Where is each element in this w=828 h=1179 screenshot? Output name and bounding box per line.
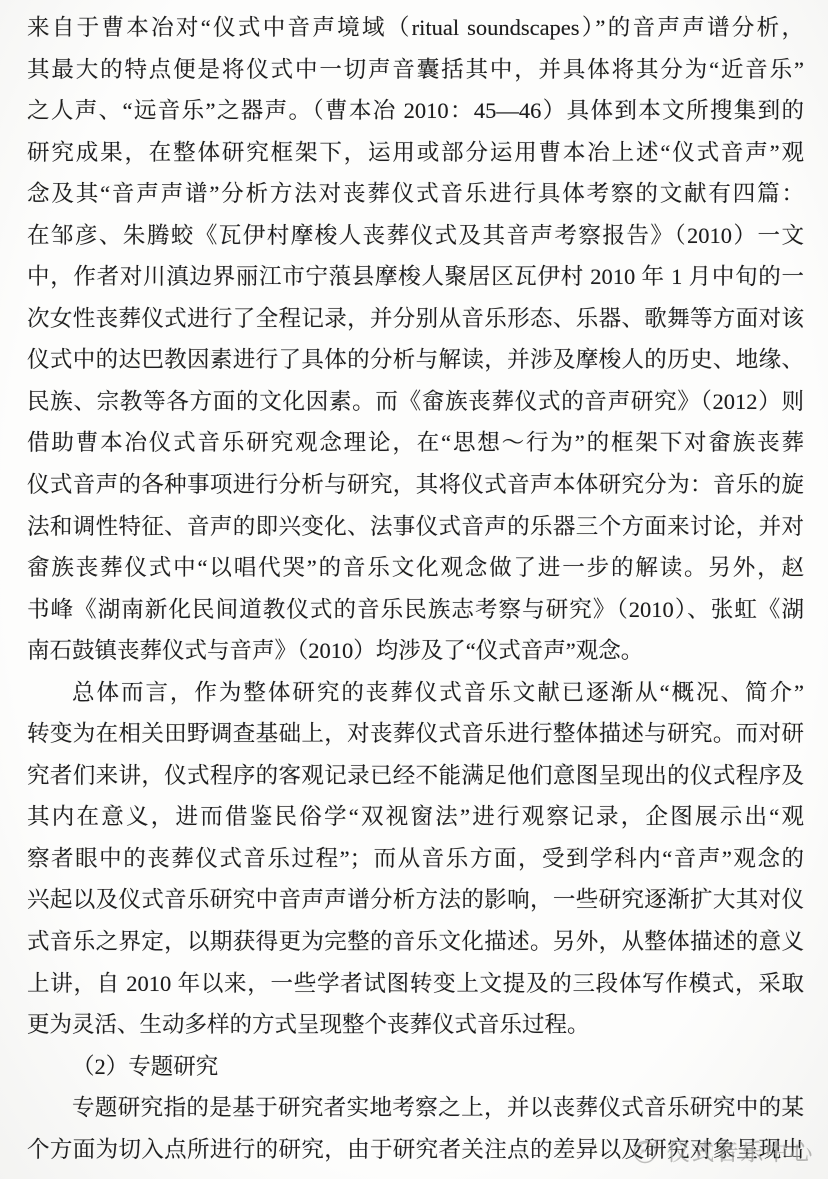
text-line: 仪式中的达巴教因素进行了具体的分析与解读，并涉及摩梭人的历史、地缘、 [27, 339, 804, 381]
text-line: 研究成果，在整体研究框架下，运用或部分运用曹本冶上述“仪式音声”观 [27, 132, 804, 174]
body-text: 来自于曹本冶对“仪式中音声境域（ritual soundscapes）”的音声声… [27, 7, 804, 1170]
text-line: （2）专题研究 [27, 1046, 804, 1088]
text-line: 总体而言，作为整体研究的丧葬仪式音乐文献已逐渐从“概况、简介” [27, 672, 804, 714]
text-line: 察者眼中的丧葬仪式音乐过程”；而从音乐方面，受到学科内“音声”观念的 [27, 838, 804, 880]
text-line: 更为灵活、生动多样的方式呈现整个丧葬仪式音乐过程。 [27, 1004, 804, 1046]
text-line: 其内在意义，进而借鉴民俗学“双视窗法”进行观察记录，企图展示出“观 [27, 796, 804, 838]
text-line: 中，作者对川滇边界丽江市宁蒗县摩梭人聚居区瓦伊村 2010 年 1 月中旬的一 [27, 256, 804, 298]
text-line: 个方面为切入点所进行的研究，由于研究者关注点的差异以及研究对象呈现出 [27, 1129, 804, 1171]
text-line: 兴起以及仪式音乐研究中音声声谱分析方法的影响，一些研究逐渐扩大其对仪 [27, 879, 804, 921]
text-line: 之人声、“远音乐”之器声。（曹本冶 2010：45—46）具体到本文所搜集到的 [27, 90, 804, 132]
text-line: 民族、宗教等各方面的文化因素。而《畲族丧葬仪式的音声研究》（2012）则 [27, 381, 804, 423]
text-line: 上讲，自 2010 年以来，一些学者试图转变上文提及的三段体写作模式，采取 [27, 963, 804, 1005]
text-line: 南石鼓镇丧葬仪式与音声》（2010）均涉及了“仪式音声”观念。 [27, 630, 804, 672]
text-line: 书峰《湖南新化民间道教仪式的音乐民族志考察与研究》（2010）、张虹《湖 [27, 589, 804, 631]
text-line: 其最大的特点便是将仪式中一切声音囊括其中，并具体将其分为“近音乐” [27, 49, 804, 91]
text-line: 究者们来讲，仪式程序的客观记录已经不能满足他们意图呈现出的仪式程序及 [27, 755, 804, 797]
text-line: 式音乐之界定，以期获得更为完整的音乐文化描述。另外，从整体描述的意义 [27, 921, 804, 963]
text-line: 念及其“音声声谱”分析方法对丧葬仪式音乐进行具体考察的文献有四篇： [27, 173, 804, 215]
text-line: 来自于曹本冶对“仪式中音声境域（ritual soundscapes）”的音声声… [27, 7, 804, 49]
text-line: 专题研究指的是基于研究者实地考察之上，并以丧葬仪式音乐研究中的某 [27, 1087, 804, 1129]
document-page: 来自于曹本冶对“仪式中音声境域（ritual soundscapes）”的音声声… [0, 0, 828, 1179]
text-line: 畲族丧葬仪式中“以唱代哭”的音乐文化观念做了进一步的解读。另外，赵 [27, 547, 804, 589]
text-line: 次女性丧葬仪式进行了全程记录，并分别从音乐形态、乐器、歌舞等方面对该 [27, 298, 804, 340]
text-line: 转变为在相关田野调查基础上，对丧葬仪式音乐进行整体描述与研究。而对研 [27, 713, 804, 755]
text-line: 仪式音声的各种事项进行分析与研究，其将仪式音声本体研究分为：音乐的旋 [27, 464, 804, 506]
text-line: 在邹彦、朱腾蛟《瓦伊村摩梭人丧葬仪式及其音声考察报告》（2010）一文 [27, 215, 804, 257]
text-line: 借助曹本冶仪式音乐研究观念理论，在“思想～行为”的框架下对畲族丧葬 [27, 422, 804, 464]
text-line: 法和调性特征、音声的即兴变化、法事仪式音声的乐器三个方面来讨论，并对 [27, 506, 804, 548]
